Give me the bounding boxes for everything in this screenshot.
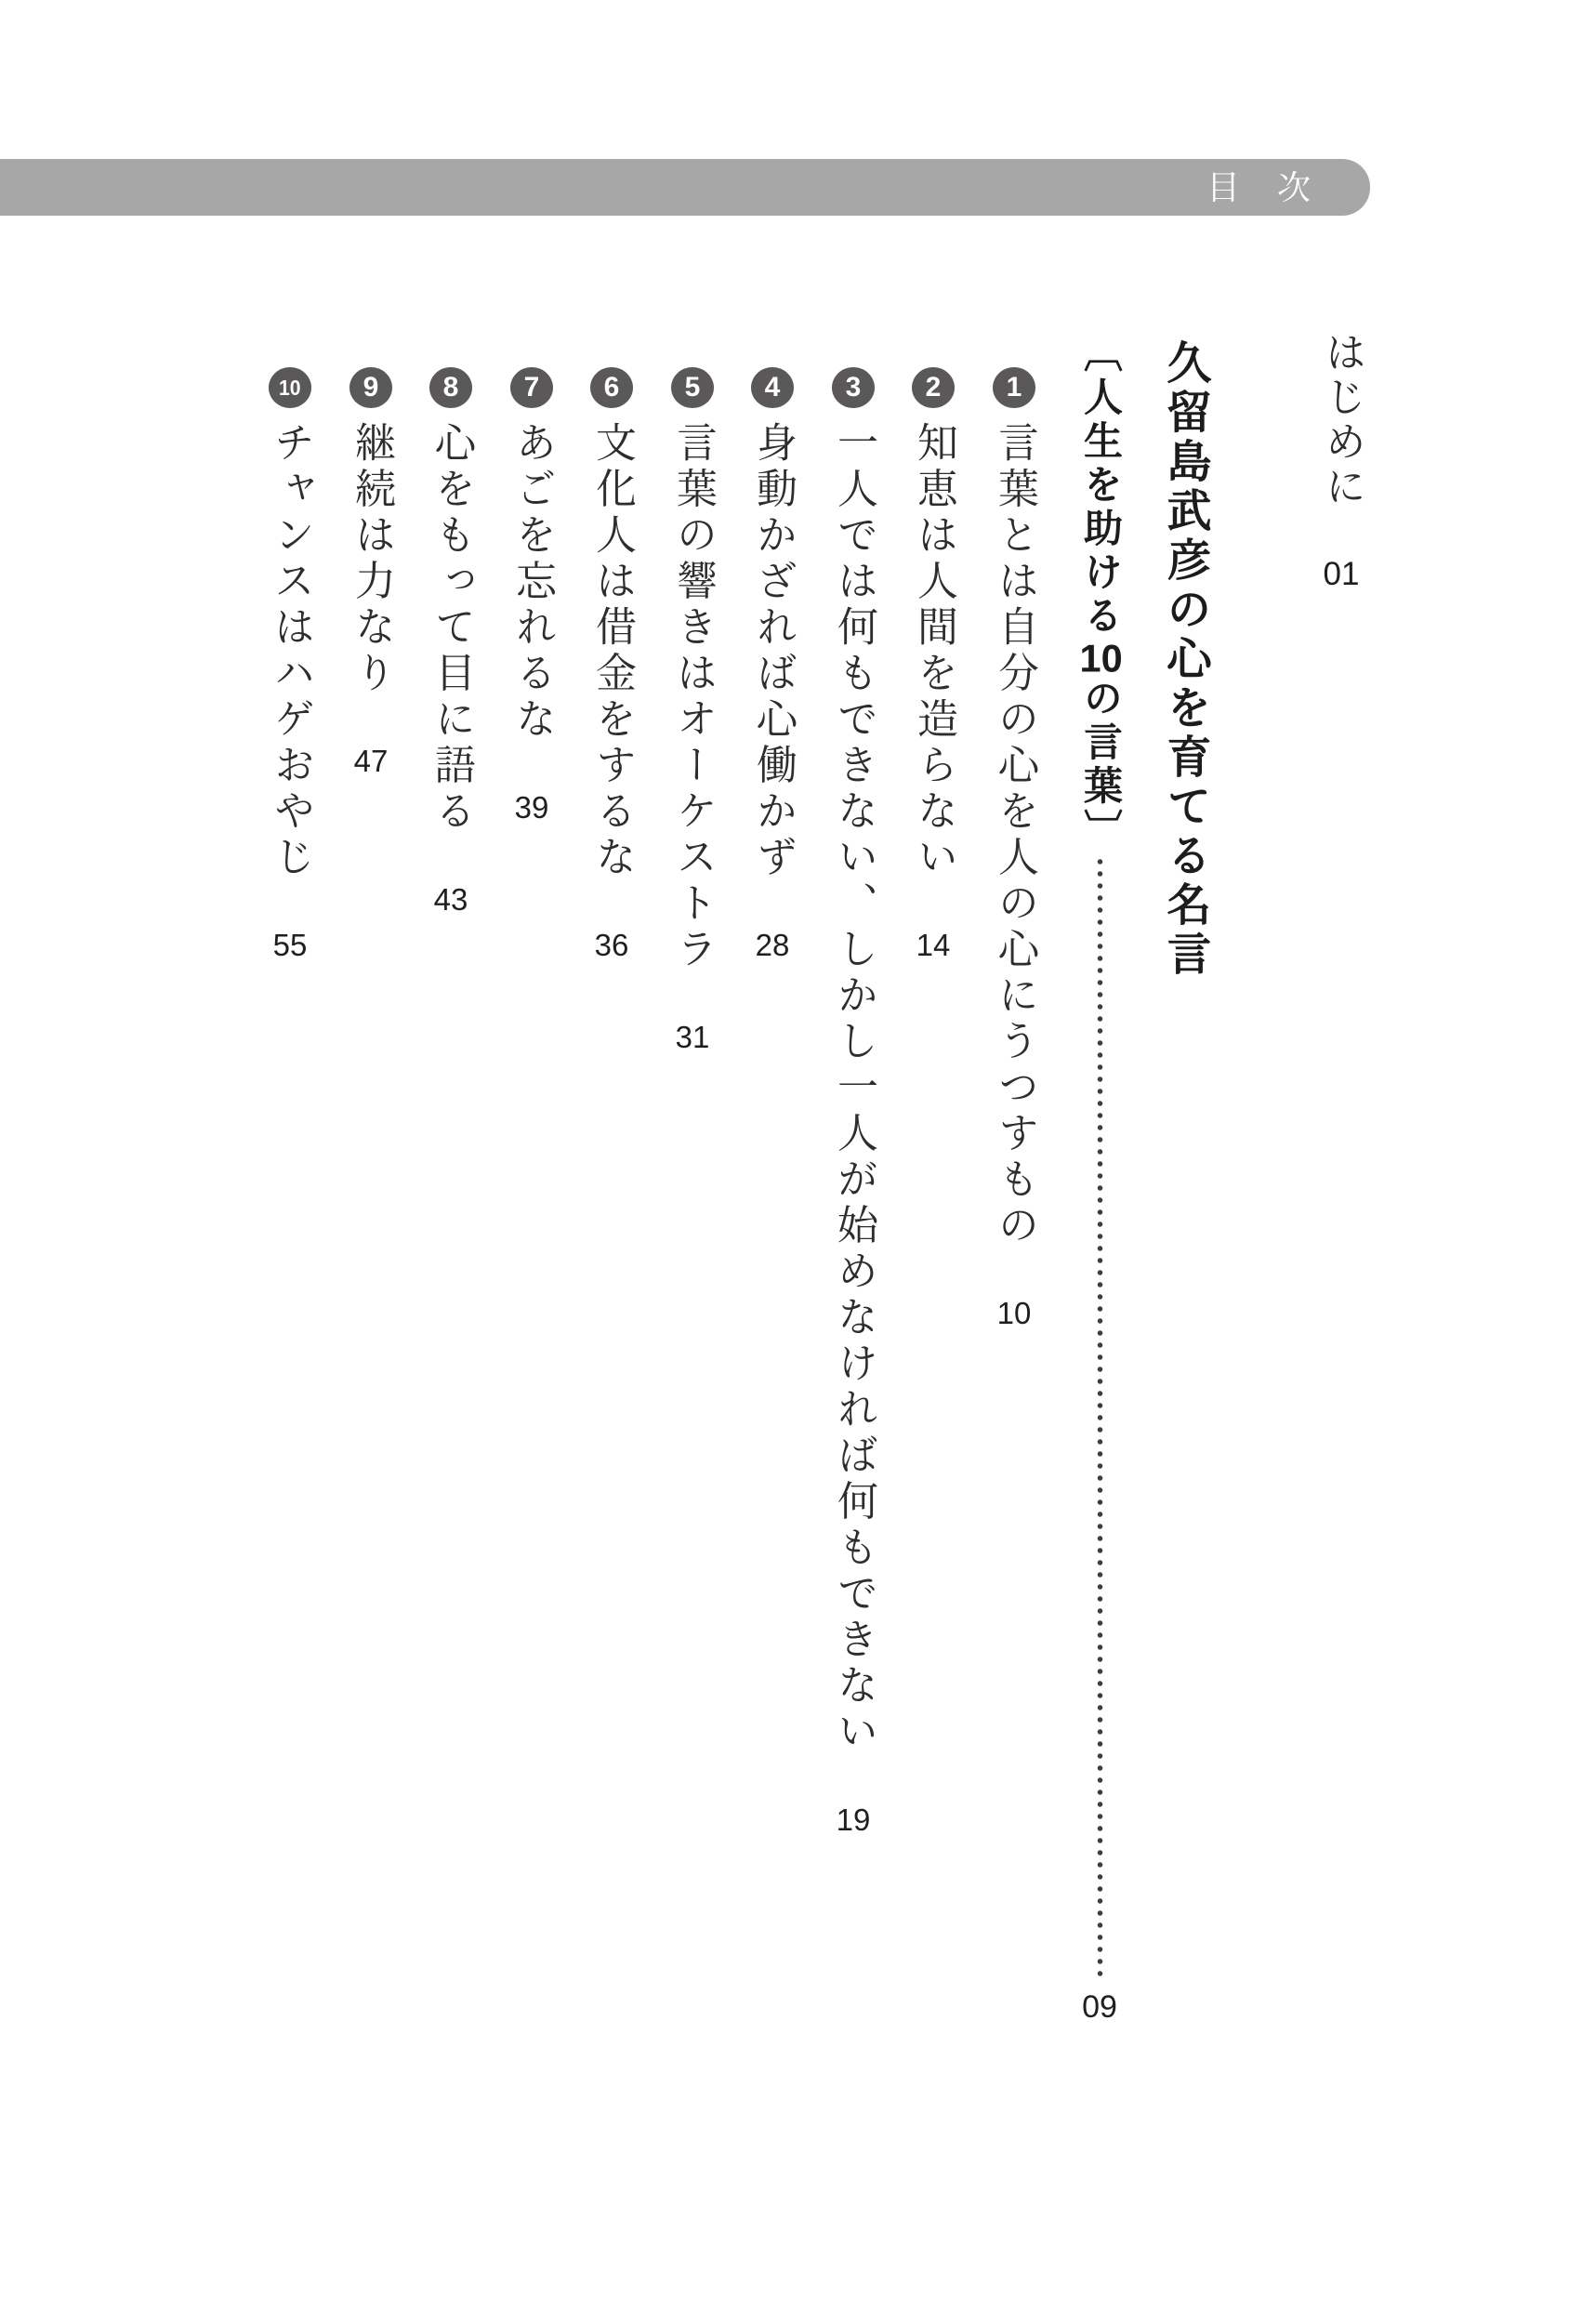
toc-entry-introduction: はじめに01: [1320, 331, 1364, 590]
section-title-text: 久留島武彦の心を育てる名言: [1160, 339, 1209, 980]
toc-item-4: 4身動かざれば心働かず28: [753, 367, 796, 960]
item-4-number: 4: [765, 374, 781, 402]
item-9-number-badge: 9: [349, 367, 392, 408]
section-page-number: 09: [1074, 1991, 1125, 2023]
item-1-title: 言葉とは自分の心を人の心にうつすもの: [992, 421, 1037, 1249]
item-1-page-number: 10: [993, 1298, 1035, 1328]
toc-page: 目 次 はじめに01 久留島武彦の心を育てる名言 〔人生を助ける10の言葉〕 0…: [0, 0, 1582, 2324]
item-5-number: 5: [685, 374, 701, 402]
intro-page-number: 01: [1319, 558, 1364, 590]
item-4-page-number: 28: [751, 930, 794, 960]
toc-item-6: 6文化人は借金をするな36: [592, 367, 635, 960]
toc-item-8: 8心をもって目に語る43: [431, 367, 474, 915]
item-3-number-badge: 3: [832, 367, 875, 408]
item-6-number: 6: [604, 374, 620, 402]
item-3-title: 一人では何もできない、しかし一人が始めなければ何もできない: [831, 421, 877, 1756]
item-9-title: 継続は力なり: [349, 421, 394, 697]
item-6-page-number: 36: [590, 930, 633, 960]
item-4-title: 身動かざれば心働かず: [750, 421, 796, 881]
dotted-leader: [1097, 857, 1103, 1976]
toc-item-7: 7あごを忘れるな39: [512, 367, 555, 823]
item-2-number: 2: [926, 374, 942, 402]
item-8-number-badge: 8: [429, 367, 472, 408]
item-5-number-badge: 5: [671, 367, 714, 408]
toc-item-2: 2知恵は人間を造らない14: [914, 367, 956, 960]
item-3-number: 3: [846, 374, 862, 402]
item-10-title: チャンスはハゲおやじ: [268, 421, 313, 881]
subtitle-prefix: 〔人生を助ける: [1079, 333, 1123, 639]
item-9-number: 9: [363, 374, 379, 402]
item-7-title: あごを忘れるな: [509, 421, 555, 744]
item-6-title: 文化人は借金をするな: [589, 421, 635, 881]
item-5-page-number: 31: [671, 1022, 714, 1052]
item-6-number-badge: 6: [590, 367, 633, 408]
intro-label: はじめに: [1319, 331, 1364, 509]
item-7-number-badge: 7: [510, 367, 553, 408]
item-8-title: 心をもって目に語る: [428, 421, 474, 836]
toc-item-5: 5言葉の響きはオーケストラ31: [673, 367, 716, 1052]
toc-item-1: 1言葉とは自分の心を人の心にうつすもの10: [995, 367, 1037, 1328]
subtitle-suffix: の言葉〕: [1079, 678, 1123, 852]
item-1-number-badge: 1: [993, 367, 1035, 408]
item-10-number-badge: 10: [269, 367, 311, 408]
item-10-page-number: 55: [269, 930, 311, 960]
item-7-page-number: 39: [510, 792, 553, 823]
item-10-number: 10: [279, 377, 301, 399]
item-4-number-badge: 4: [751, 367, 794, 408]
item-2-page-number: 14: [912, 930, 955, 960]
item-5-title: 言葉の響きはオーケストラ: [670, 421, 716, 973]
header-bar: 目 次: [0, 159, 1370, 216]
toc-item-10: 10チャンスはハゲおやじ55: [270, 367, 313, 960]
item-2-number-badge: 2: [912, 367, 955, 408]
item-8-number: 8: [443, 374, 459, 402]
item-7-number: 7: [524, 374, 540, 402]
item-2-title: 知恵は人間を造らない: [911, 421, 956, 881]
item-8-page-number: 43: [429, 884, 472, 915]
item-9-page-number: 47: [349, 746, 392, 776]
section-title: 久留島武彦の心を育てる名言: [1155, 339, 1209, 980]
page-header-title: 目 次: [1206, 171, 1312, 205]
section-subtitle: 〔人生を助ける10の言葉〕: [1076, 333, 1123, 852]
toc-item-3: 3一人では何もできない、しかし一人が始めなければ何もできない19: [834, 367, 877, 1835]
item-3-page-number: 19: [832, 1804, 875, 1835]
item-1-number: 1: [1007, 374, 1022, 402]
subtitle-number: 10: [1079, 639, 1123, 678]
toc-item-9: 9継続は力なり47: [351, 367, 394, 776]
